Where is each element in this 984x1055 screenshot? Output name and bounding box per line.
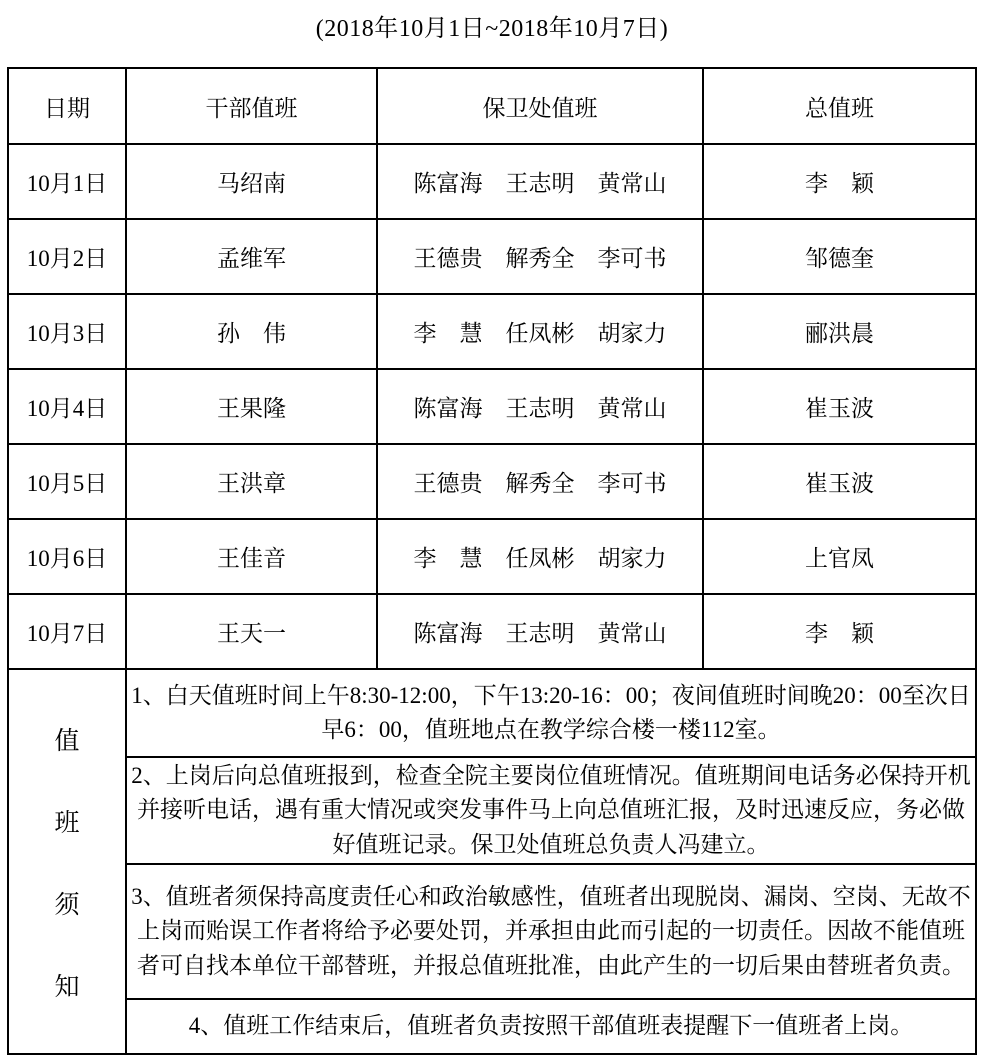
- duty-notes-label-cell: 值 班 须 知: [8, 669, 126, 1054]
- cadre-cell: 王洪章: [126, 444, 377, 519]
- general-cell: 郦洪晨: [703, 294, 976, 369]
- table-row: 10月2日 孟维军 王德贵 解秀全 李可书 邹德奎: [8, 219, 976, 294]
- cadre-cell: 王果隆: [126, 369, 377, 444]
- table-row: 10月7日 王天一 陈富海 王志明 黄常山 李 颖: [8, 594, 976, 669]
- duty-notes-vertical-label: 值 班 须 知: [9, 721, 125, 1003]
- table-row: 10月1日 马绍南 陈富海 王志明 黄常山 李 颖: [8, 144, 976, 219]
- note-item-3: 3、值班者须保持高度责任心和政治敏感性，值班者出现脱岗、漏岗、空岗、无故不上岗而…: [126, 864, 976, 999]
- general-cell: 邹德奎: [703, 219, 976, 294]
- table-row: 10月3日 孙 伟 李 慧 任凤彬 胡家力 郦洪晨: [8, 294, 976, 369]
- security-cell: 李 慧 任凤彬 胡家力: [377, 294, 703, 369]
- duty-notes-label-char: 须: [54, 885, 79, 921]
- security-cell: 陈富海 王志明 黄常山: [377, 594, 703, 669]
- security-cell: 陈富海 王志明 黄常山: [377, 369, 703, 444]
- duty-notes-label-char: 知: [54, 967, 79, 1003]
- general-cell: 崔玉波: [703, 369, 976, 444]
- general-cell: 崔玉波: [703, 444, 976, 519]
- date-cell: 10月2日: [8, 219, 126, 294]
- security-cell: 李 慧 任凤彬 胡家力: [377, 519, 703, 594]
- date-cell: 10月6日: [8, 519, 126, 594]
- duty-notes-label-char: 班: [54, 803, 79, 839]
- cadre-cell: 王天一: [126, 594, 377, 669]
- cadre-cell: 王佳音: [126, 519, 377, 594]
- cadre-cell: 孟维军: [126, 219, 377, 294]
- general-cell: 李 颖: [703, 144, 976, 219]
- cadre-cell: 马绍南: [126, 144, 377, 219]
- date-cell: 10月5日: [8, 444, 126, 519]
- duty-notes-label-char: 值: [54, 721, 79, 757]
- security-cell: 王德贵 解秀全 李可书: [377, 219, 703, 294]
- header-row: 日期 干部值班 保卫处值班 总值班: [8, 68, 976, 144]
- header-security-duty: 保卫处值班: [377, 68, 703, 144]
- duty-roster-table: 日期 干部值班 保卫处值班 总值班 10月1日 马绍南 陈富海 王志明 黄常山 …: [7, 67, 977, 1055]
- general-cell: 上官凤: [703, 519, 976, 594]
- page-title: (2018年10月1日~2018年10月7日): [0, 0, 984, 43]
- header-date: 日期: [8, 68, 126, 144]
- note-row: 3、值班者须保持高度责任心和政治敏感性，值班者出现脱岗、漏岗、空岗、无故不上岗而…: [8, 864, 976, 999]
- header-cadre-duty: 干部值班: [126, 68, 377, 144]
- table-row: 10月5日 王洪章 王德贵 解秀全 李可书 崔玉波: [8, 444, 976, 519]
- table-row: 10月4日 王果隆 陈富海 王志明 黄常山 崔玉波: [8, 369, 976, 444]
- date-cell: 10月3日: [8, 294, 126, 369]
- note-item-2: 2、上岗后向总值班报到，检查全院主要岗位值班情况。值班期间电话务必保持开机并接听…: [126, 757, 976, 864]
- security-cell: 陈富海 王志明 黄常山: [377, 144, 703, 219]
- note-item-1: 1、白天值班时间上午8:30-12:00，下午13:20-16：00；夜间值班时…: [126, 669, 976, 757]
- cadre-cell: 孙 伟: [126, 294, 377, 369]
- date-cell: 10月1日: [8, 144, 126, 219]
- note-row: 2、上岗后向总值班报到，检查全院主要岗位值班情况。值班期间电话务必保持开机并接听…: [8, 757, 976, 864]
- date-cell: 10月4日: [8, 369, 126, 444]
- header-general-duty: 总值班: [703, 68, 976, 144]
- note-row: 4、值班工作结束后，值班者负责按照干部值班表提醒下一值班者上岗。: [8, 999, 976, 1054]
- security-cell: 王德贵 解秀全 李可书: [377, 444, 703, 519]
- general-cell: 李 颖: [703, 594, 976, 669]
- date-cell: 10月7日: [8, 594, 126, 669]
- table-row: 10月6日 王佳音 李 慧 任凤彬 胡家力 上官凤: [8, 519, 976, 594]
- note-row: 值 班 须 知 1、白天值班时间上午8:30-12:00，下午13:20-16：…: [8, 669, 976, 757]
- note-item-4: 4、值班工作结束后，值班者负责按照干部值班表提醒下一值班者上岗。: [126, 999, 976, 1054]
